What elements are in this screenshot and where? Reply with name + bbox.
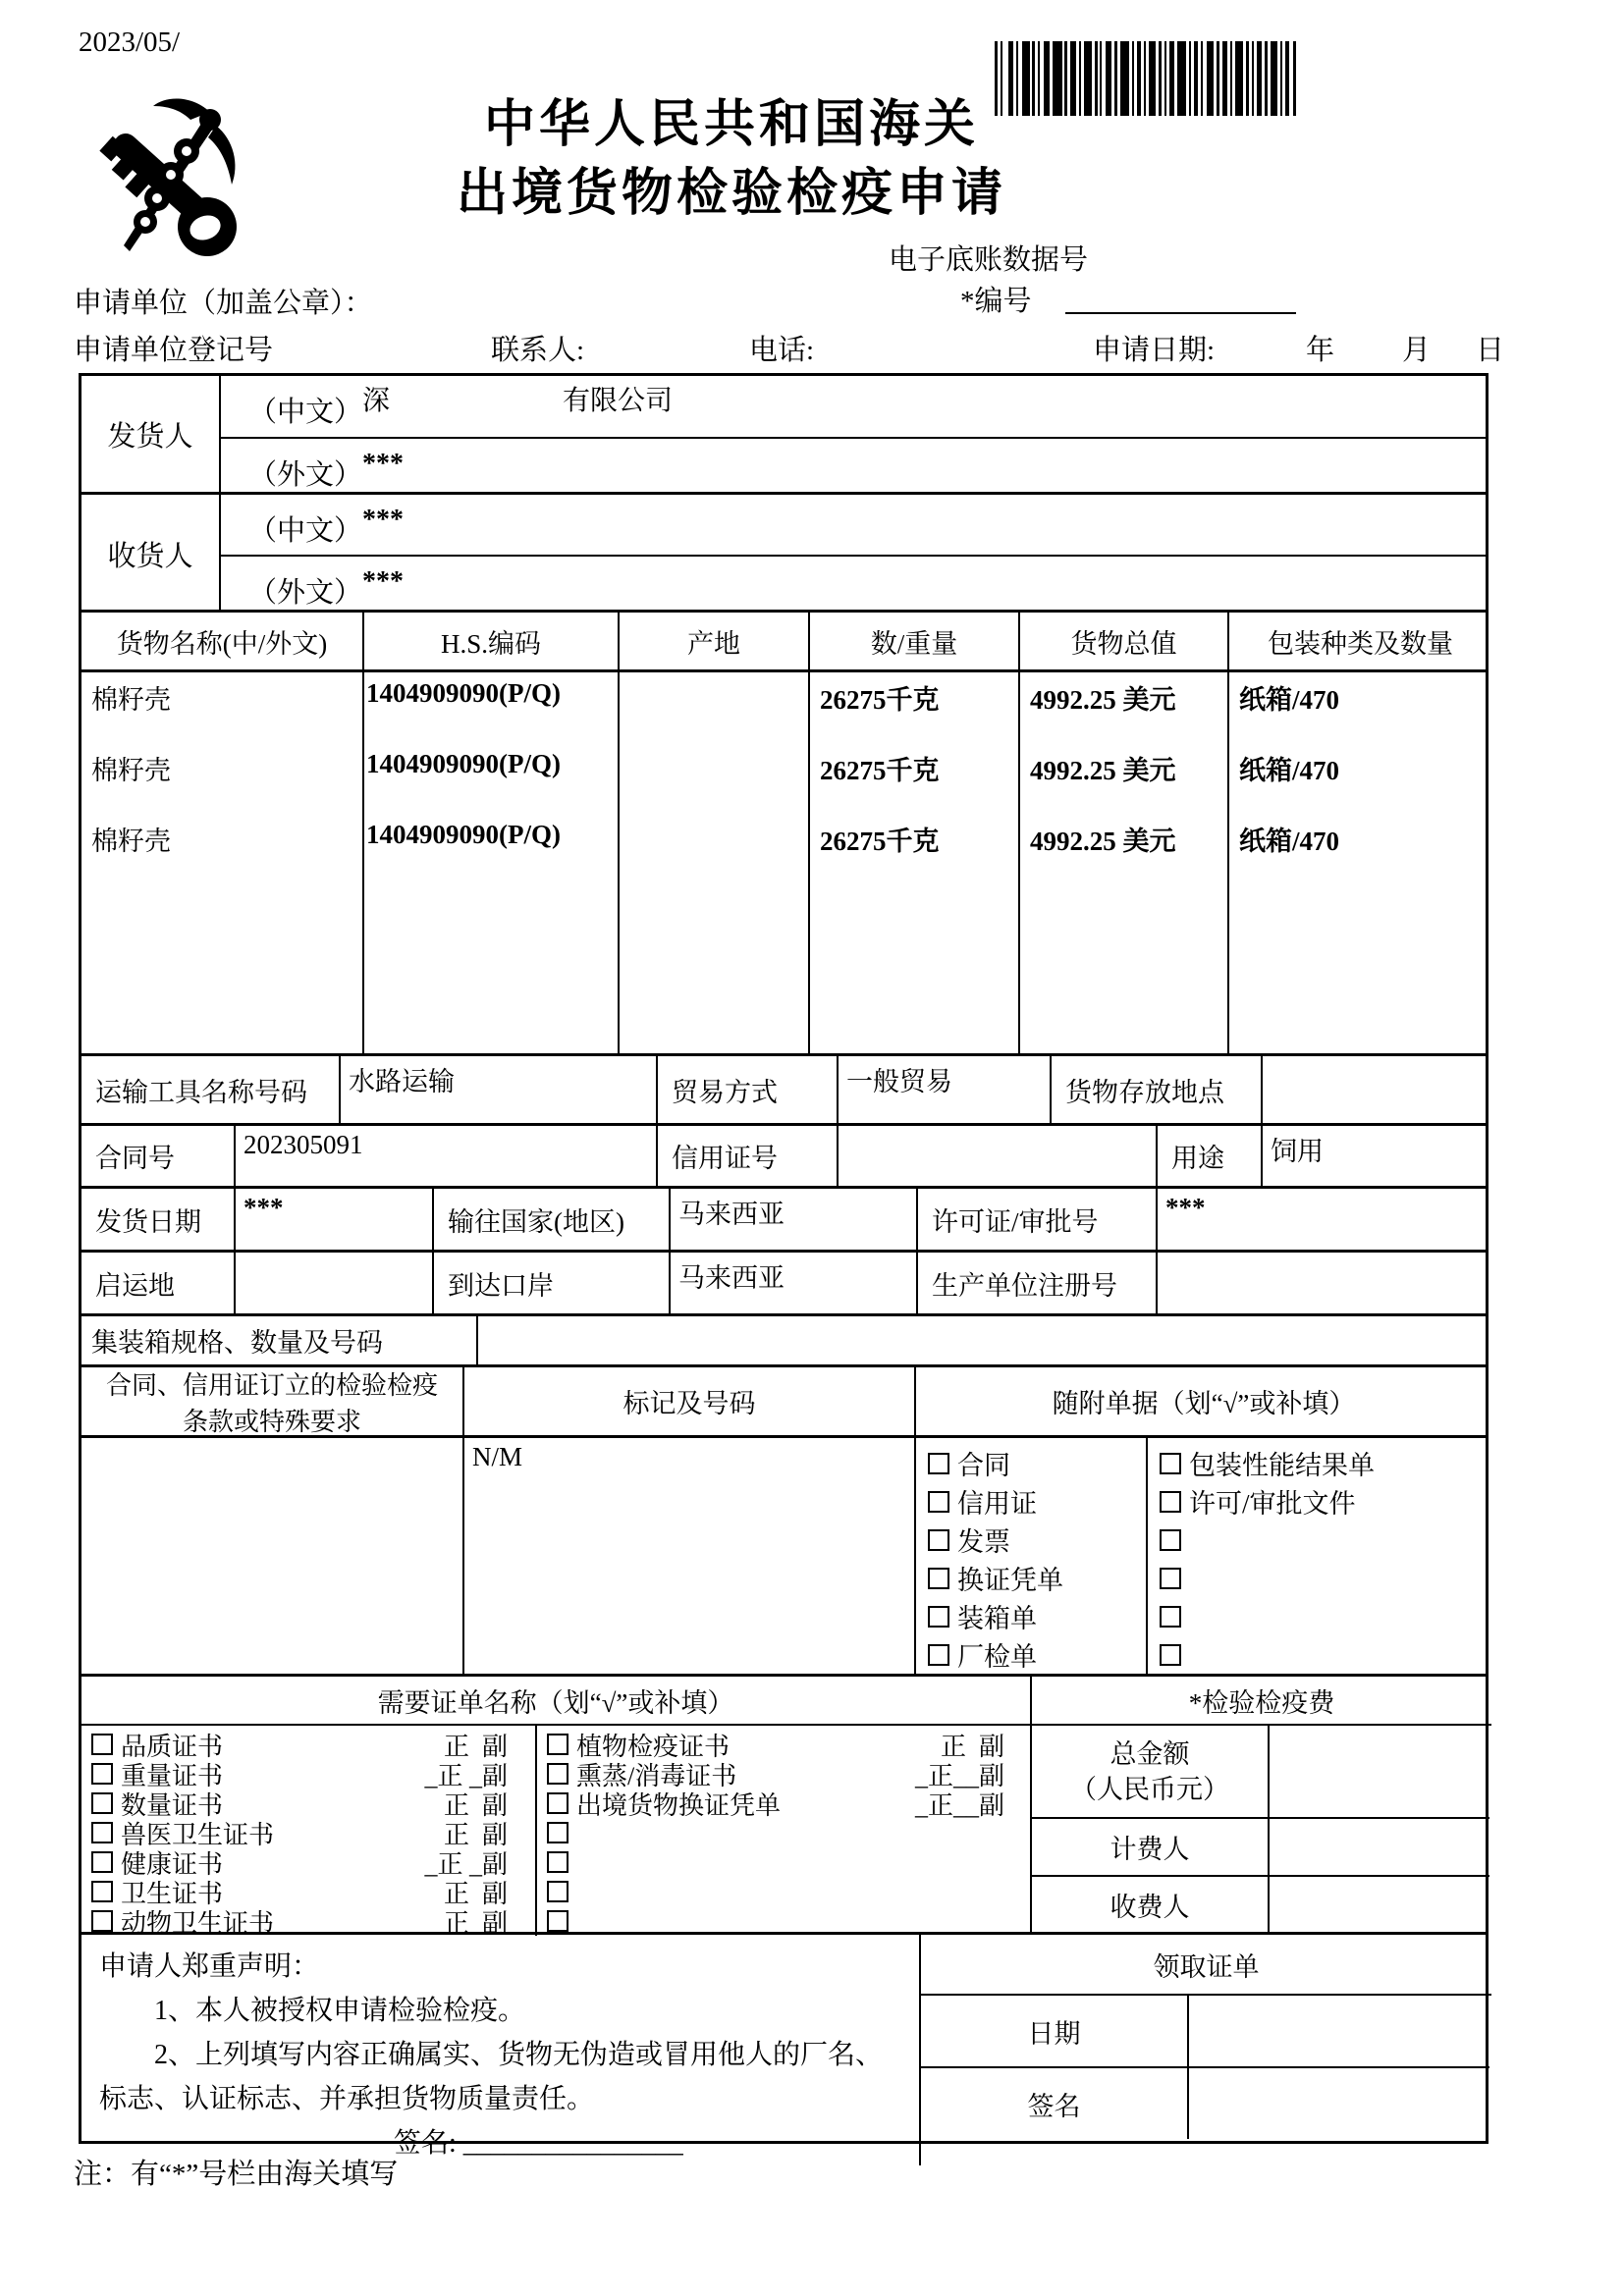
checkbox-permit-doc[interactable] — [1160, 1491, 1181, 1513]
pickup-sign-value[interactable] — [1189, 2068, 1489, 2139]
attached-docs-cell: 合同 信用证 发票 换证凭单 装箱单 厂检单 包装性能结果单 许可/审批文件 — [916, 1438, 1491, 1674]
cert-copies: _正__副 — [915, 1786, 1032, 1822]
goods-pack: 纸箱/470 — [1239, 820, 1491, 890]
goods-name: 棉籽壳 — [91, 820, 362, 890]
transport-row-4: 启运地 到达口岸 马来西亚 生产单位注册号 — [81, 1253, 1486, 1316]
checkbox-blank-2[interactable] — [1160, 1568, 1181, 1589]
terms-label: 合同、信用证订立的检验检疫条款或特殊要求 — [81, 1367, 464, 1435]
arrival-port-value[interactable]: 马来西亚 — [671, 1253, 918, 1313]
dest-country-label: 输往国家(地区) — [434, 1189, 671, 1250]
declaration-block: 申请人郑重声明： 1、本人被授权申请检验检疫。 2、上列填写内容正确属实、货物无… — [81, 1935, 921, 2165]
declaration-line1: 1、本人被授权申请检验检疫。 — [99, 1989, 899, 2033]
goods-value-column: 4992.25 美元 4992.25 美元 4992.25 美元 — [1020, 672, 1229, 1053]
cert-label: 动物卫生证书 — [121, 1903, 274, 1940]
storage-label: 货物存放地点 — [1052, 1056, 1263, 1123]
checkbox-phytosanitary-cert[interactable] — [547, 1734, 568, 1755]
attached-docs-right: 包装性能结果单 许可/审批文件 — [1148, 1438, 1491, 1674]
checkbox-factory-inspection[interactable] — [928, 1644, 949, 1666]
usage-label: 用途 — [1158, 1126, 1263, 1186]
goods-hs: 1404909090(P/Q) — [366, 749, 592, 779]
transport-row-2: 合同号 202305091 信用证号 用途 饲用 — [81, 1126, 1486, 1189]
clause-body-row: N/M 合同 信用证 发票 换证凭单 装箱单 厂检单 包装性能结果单 许可/审批… — [81, 1438, 1486, 1677]
form-title-line1: 中华人民共和国海关 — [393, 90, 1070, 159]
phone-label: 电话: — [749, 334, 814, 367]
goods-qty: 26275千克 — [820, 820, 1018, 890]
month-label: 月 — [1402, 334, 1431, 367]
departure-label: 启运地 — [81, 1253, 236, 1313]
marks-label: 标记及号码 — [464, 1367, 916, 1435]
goods-pack: 纸箱/470 — [1239, 678, 1491, 749]
goods-body: 棉籽壳 棉籽壳 棉籽壳 1404909090(P/Q) 1404909090(P… — [81, 672, 1486, 1056]
goods-value: 4992.25 美元 — [1030, 678, 1227, 749]
lc-value[interactable] — [839, 1126, 1158, 1186]
goods-header-row: 货物名称(中/外文) H.S.编码 产地 数/重量 货物总值 包装种类及数量 — [81, 613, 1486, 672]
checkbox-blank-1[interactable] — [1160, 1529, 1181, 1551]
certificates-fees-section: 需要证单名称（划“√”或补填） 品质证书正 副 重量证书_正 _副 数量证书正 … — [81, 1677, 1486, 1935]
goods-col-qty: 数/重量 — [810, 613, 1020, 669]
checkbox-weight-cert[interactable] — [91, 1763, 113, 1785]
pickup-rows: 日期 签名 — [921, 1996, 1491, 2139]
goods-col-pack: 包装种类及数量 — [1229, 613, 1491, 669]
fee-collector-value[interactable] — [1270, 1877, 1489, 1933]
container-row: 集装箱规格、数量及号码 — [81, 1316, 1486, 1367]
footnote: 注：有“*”号栏由海关填写 — [74, 2152, 398, 2192]
transport-row-1: 运输工具名称号码 水路运输 贸易方式 一般贸易 货物存放地点 — [81, 1056, 1486, 1126]
permit-label: 许可证/审批号 — [918, 1189, 1158, 1250]
consignee-cn-value: *** — [362, 505, 404, 535]
fee-calculator-value[interactable] — [1270, 1819, 1489, 1877]
fee-calculator-label: 计费人 — [1032, 1819, 1270, 1877]
goods-name-column: 棉籽壳 棉籽壳 棉籽壳 — [81, 672, 364, 1053]
departure-value[interactable] — [236, 1253, 434, 1313]
terms-value[interactable] — [81, 1438, 464, 1674]
checkbox-cert-blank-3[interactable] — [547, 1881, 568, 1902]
consignee-label: 收货人 — [81, 495, 221, 613]
customs-declaration-form: 2023/05/ 中华人民共和国海关 出境货物检验 — [0, 0, 1624, 2296]
goods-pack-column: 纸箱/470 纸箱/470 纸箱/470 — [1229, 672, 1491, 1053]
attached-doc-label: 合同 — [957, 1444, 1010, 1482]
eledger-label: 电子底账数据号 — [889, 243, 1088, 277]
producer-reg-value[interactable] — [1158, 1253, 1491, 1313]
goods-col-value: 货物总值 — [1020, 613, 1229, 669]
declaration-line2: 2、上列填写内容正确属实、货物无伪造或冒用他人的厂名、标志、认证标志、并承担货物… — [99, 2033, 899, 2121]
form-title: 中华人民共和国海关 出境货物检验检疫申请 — [393, 90, 1070, 228]
goods-origin-column — [620, 672, 810, 1053]
producer-reg-label: 生产单位注册号 — [918, 1253, 1158, 1313]
fee-total-value[interactable] — [1270, 1726, 1489, 1819]
pickup-header: 领取证单 — [921, 1935, 1491, 1996]
cn-label: （中文） — [248, 515, 362, 547]
container-label: 集装箱规格、数量及号码 — [81, 1316, 478, 1364]
checkbox-certificate-voucher[interactable] — [928, 1568, 949, 1589]
goods-col-hs: H.S.编码 — [364, 613, 620, 669]
goods-qty: 26275千克 — [820, 749, 1018, 820]
customs-emblem-icon — [96, 86, 249, 263]
apply-date-label: 申请日期: — [1093, 334, 1215, 367]
checkbox-invoice[interactable] — [928, 1529, 949, 1551]
lc-label: 信用证号 — [658, 1126, 839, 1186]
pickup-block: 领取证单 日期 签名 — [921, 1935, 1491, 2165]
number-blank-line — [1065, 283, 1296, 314]
consignor-cn-value-part1: 深 — [362, 386, 390, 416]
checkbox-veterinary-cert[interactable] — [91, 1822, 113, 1843]
cert-copies: 正 副 — [444, 1903, 535, 1940]
goods-pack: 纸箱/470 — [1239, 749, 1491, 820]
checkbox-blank-3[interactable] — [1160, 1606, 1181, 1628]
attached-doc-label: 信用证 — [957, 1482, 1037, 1521]
form-date-code: 2023/05/ — [79, 26, 180, 59]
cn-label: （中文） — [248, 397, 362, 428]
fees-header: *检验检疫费 — [1032, 1677, 1491, 1726]
checkbox-quality-cert[interactable] — [91, 1734, 113, 1755]
dest-country-value[interactable]: 马来西亚 — [671, 1189, 918, 1250]
contract-label: 合同号 — [81, 1126, 236, 1186]
attached-doc-label: 换证凭单 — [957, 1559, 1063, 1597]
attached-doc-label: 厂检单 — [957, 1635, 1037, 1674]
fn-label: （外文） — [248, 459, 362, 491]
checkbox-blank-4[interactable] — [1160, 1644, 1181, 1666]
certificates-left-column: 品质证书正 副 重量证书_正 _副 数量证书正 副 兽医卫生证书正 副 健康证书… — [81, 1726, 537, 1936]
consignee-cn-row: （中文）*** — [221, 495, 1486, 557]
parties-section: 发货人 （中文）深有限公司 （外文）*** 收货人 （中文）*** （外文）**… — [81, 376, 1486, 613]
consignor-fn-value: *** — [362, 449, 404, 479]
certificates-header: 需要证单名称（划“√”或补填） — [81, 1677, 1030, 1726]
consignor-label: 发货人 — [81, 376, 221, 495]
cert-label: 出境货物换证凭单 — [576, 1786, 781, 1822]
fees-block: *检验检疫费 总金额 （人民币元） 计费人 收费人 — [1032, 1677, 1491, 1933]
attached-doc-label: 许可/审批文件 — [1189, 1482, 1356, 1521]
consignee-fn-value: *** — [362, 566, 404, 597]
goods-hs: 1404909090(P/Q) — [366, 678, 592, 709]
certificates-columns: 品质证书正 副 重量证书_正 _副 数量证书正 副 兽医卫生证书正 副 健康证书… — [81, 1726, 1030, 1933]
attached-docs-left: 合同 信用证 发票 换证凭单 装箱单 厂检单 — [916, 1438, 1148, 1674]
goods-hs: 1404909090(P/Q) — [366, 820, 592, 850]
goods-name: 棉籽壳 — [91, 749, 362, 820]
checkbox-health-cert[interactable] — [91, 1851, 113, 1873]
checkbox-cert-blank-4[interactable] — [547, 1910, 568, 1932]
attached-doc-label: 包装性能结果单 — [1189, 1444, 1375, 1482]
goods-name: 棉籽壳 — [91, 678, 362, 749]
consignor-fn-row: （外文）*** — [221, 439, 1486, 495]
applicant-seal-label: 申请单位（加盖公章）： — [74, 287, 373, 320]
checkbox-cert-blank-2[interactable] — [547, 1851, 568, 1873]
arrival-port-label: 到达口岸 — [434, 1253, 671, 1313]
goods-origin — [629, 749, 808, 820]
goods-origin — [629, 820, 808, 890]
form-table: 发货人 （中文）深有限公司 （外文）*** 收货人 （中文）*** （外文）**… — [79, 373, 1489, 2144]
checkbox-lc[interactable] — [928, 1491, 949, 1513]
permit-value[interactable]: *** — [1158, 1189, 1491, 1250]
trade-mode-label: 贸易方式 — [658, 1056, 839, 1123]
attached-doc-label: 发票 — [957, 1521, 1010, 1559]
barcode — [995, 41, 1296, 116]
attached-docs-header: 随附单据（划“√”或补填） — [916, 1367, 1491, 1435]
fn-label: （外文） — [248, 577, 362, 609]
container-value[interactable] — [478, 1316, 1491, 1364]
trade-mode-value[interactable]: 一般贸易 — [839, 1056, 1052, 1123]
attached-doc-label: 装箱单 — [957, 1597, 1037, 1635]
certificates-middle-column: 植物检疫证书正 副 熏蒸/消毒证书_正__副 出境货物换证凭单_正__副 — [537, 1726, 1032, 1936]
usage-value[interactable]: 饲用 — [1263, 1126, 1491, 1186]
checkbox-sanitary-cert[interactable] — [91, 1881, 113, 1902]
fees-rows: 总金额 （人民币元） 计费人 收费人 — [1032, 1726, 1491, 1933]
contract-value[interactable]: 202305091 — [236, 1126, 658, 1186]
marks-value[interactable]: N/M — [464, 1438, 916, 1674]
goods-qty: 26275千克 — [820, 678, 1018, 749]
goods-value: 4992.25 美元 — [1030, 749, 1227, 820]
storage-value[interactable] — [1263, 1056, 1491, 1123]
goods-col-origin: 产地 — [620, 613, 810, 669]
checkbox-cert-blank-1[interactable] — [547, 1822, 568, 1843]
fee-total-label: 总金额 （人民币元） — [1032, 1726, 1270, 1819]
certificates-block: 需要证单名称（划“√”或补填） 品质证书正 副 重量证书_正 _副 数量证书正 … — [81, 1677, 1032, 1933]
clause-header-row: 合同、信用证订立的检验检疫条款或特殊要求 标记及号码 随附单据（划“√”或补填） — [81, 1367, 1486, 1438]
day-label: 日 — [1476, 334, 1504, 367]
declaration-section: 申请人郑重声明： 1、本人被授权申请检验检疫。 2、上列填写内容正确属实、货物无… — [81, 1935, 1486, 2141]
vehicle-value[interactable]: 水路运输 — [341, 1056, 658, 1123]
goods-hs-column: 1404909090(P/Q) 1404909090(P/Q) 14049090… — [364, 672, 620, 1053]
pickup-date-value[interactable] — [1189, 1996, 1489, 2068]
goods-qty-column: 26275千克 26275千克 26275千克 — [810, 672, 1020, 1053]
consignee-fn-row: （外文）*** — [221, 557, 1486, 613]
goods-origin — [629, 678, 808, 749]
contact-label: 联系人: — [491, 334, 584, 367]
checkbox-quantity-cert[interactable] — [91, 1792, 113, 1814]
vehicle-label: 运输工具名称号码 — [81, 1056, 341, 1123]
checkbox-fumigation-cert[interactable] — [547, 1763, 568, 1785]
fee-collector-label: 收费人 — [1032, 1877, 1270, 1933]
checkbox-packaging-performance[interactable] — [1160, 1453, 1181, 1474]
transport-row-3: 发货日期 *** 输往国家(地区) 马来西亚 许可证/审批号 *** — [81, 1189, 1486, 1253]
number-label: *编号 — [960, 285, 1032, 318]
form-title-line2: 出境货物检验检疫申请 — [393, 159, 1070, 228]
goods-value: 4992.25 美元 — [1030, 820, 1227, 890]
pickup-date-label: 日期 — [921, 1996, 1189, 2068]
declaration-title: 申请人郑重声明： — [99, 1945, 899, 1989]
applicant-reg-label: 申请单位登记号 — [74, 334, 273, 367]
consignor-cn-value-part2: 有限公司 — [563, 386, 673, 416]
goods-col-name: 货物名称(中/外文) — [81, 613, 364, 669]
consignor-cn-row: （中文）深有限公司 — [221, 376, 1486, 439]
checkbox-contract[interactable] — [928, 1453, 949, 1474]
pickup-sign-label: 签名 — [921, 2068, 1189, 2139]
checkbox-animal-health-cert[interactable] — [91, 1910, 113, 1932]
checkbox-packing-list[interactable] — [928, 1606, 949, 1628]
checkbox-exchange-voucher[interactable] — [547, 1792, 568, 1814]
ship-date-label: 发货日期 — [81, 1189, 236, 1250]
ship-date-value[interactable]: *** — [236, 1189, 434, 1250]
year-label: 年 — [1306, 334, 1334, 367]
